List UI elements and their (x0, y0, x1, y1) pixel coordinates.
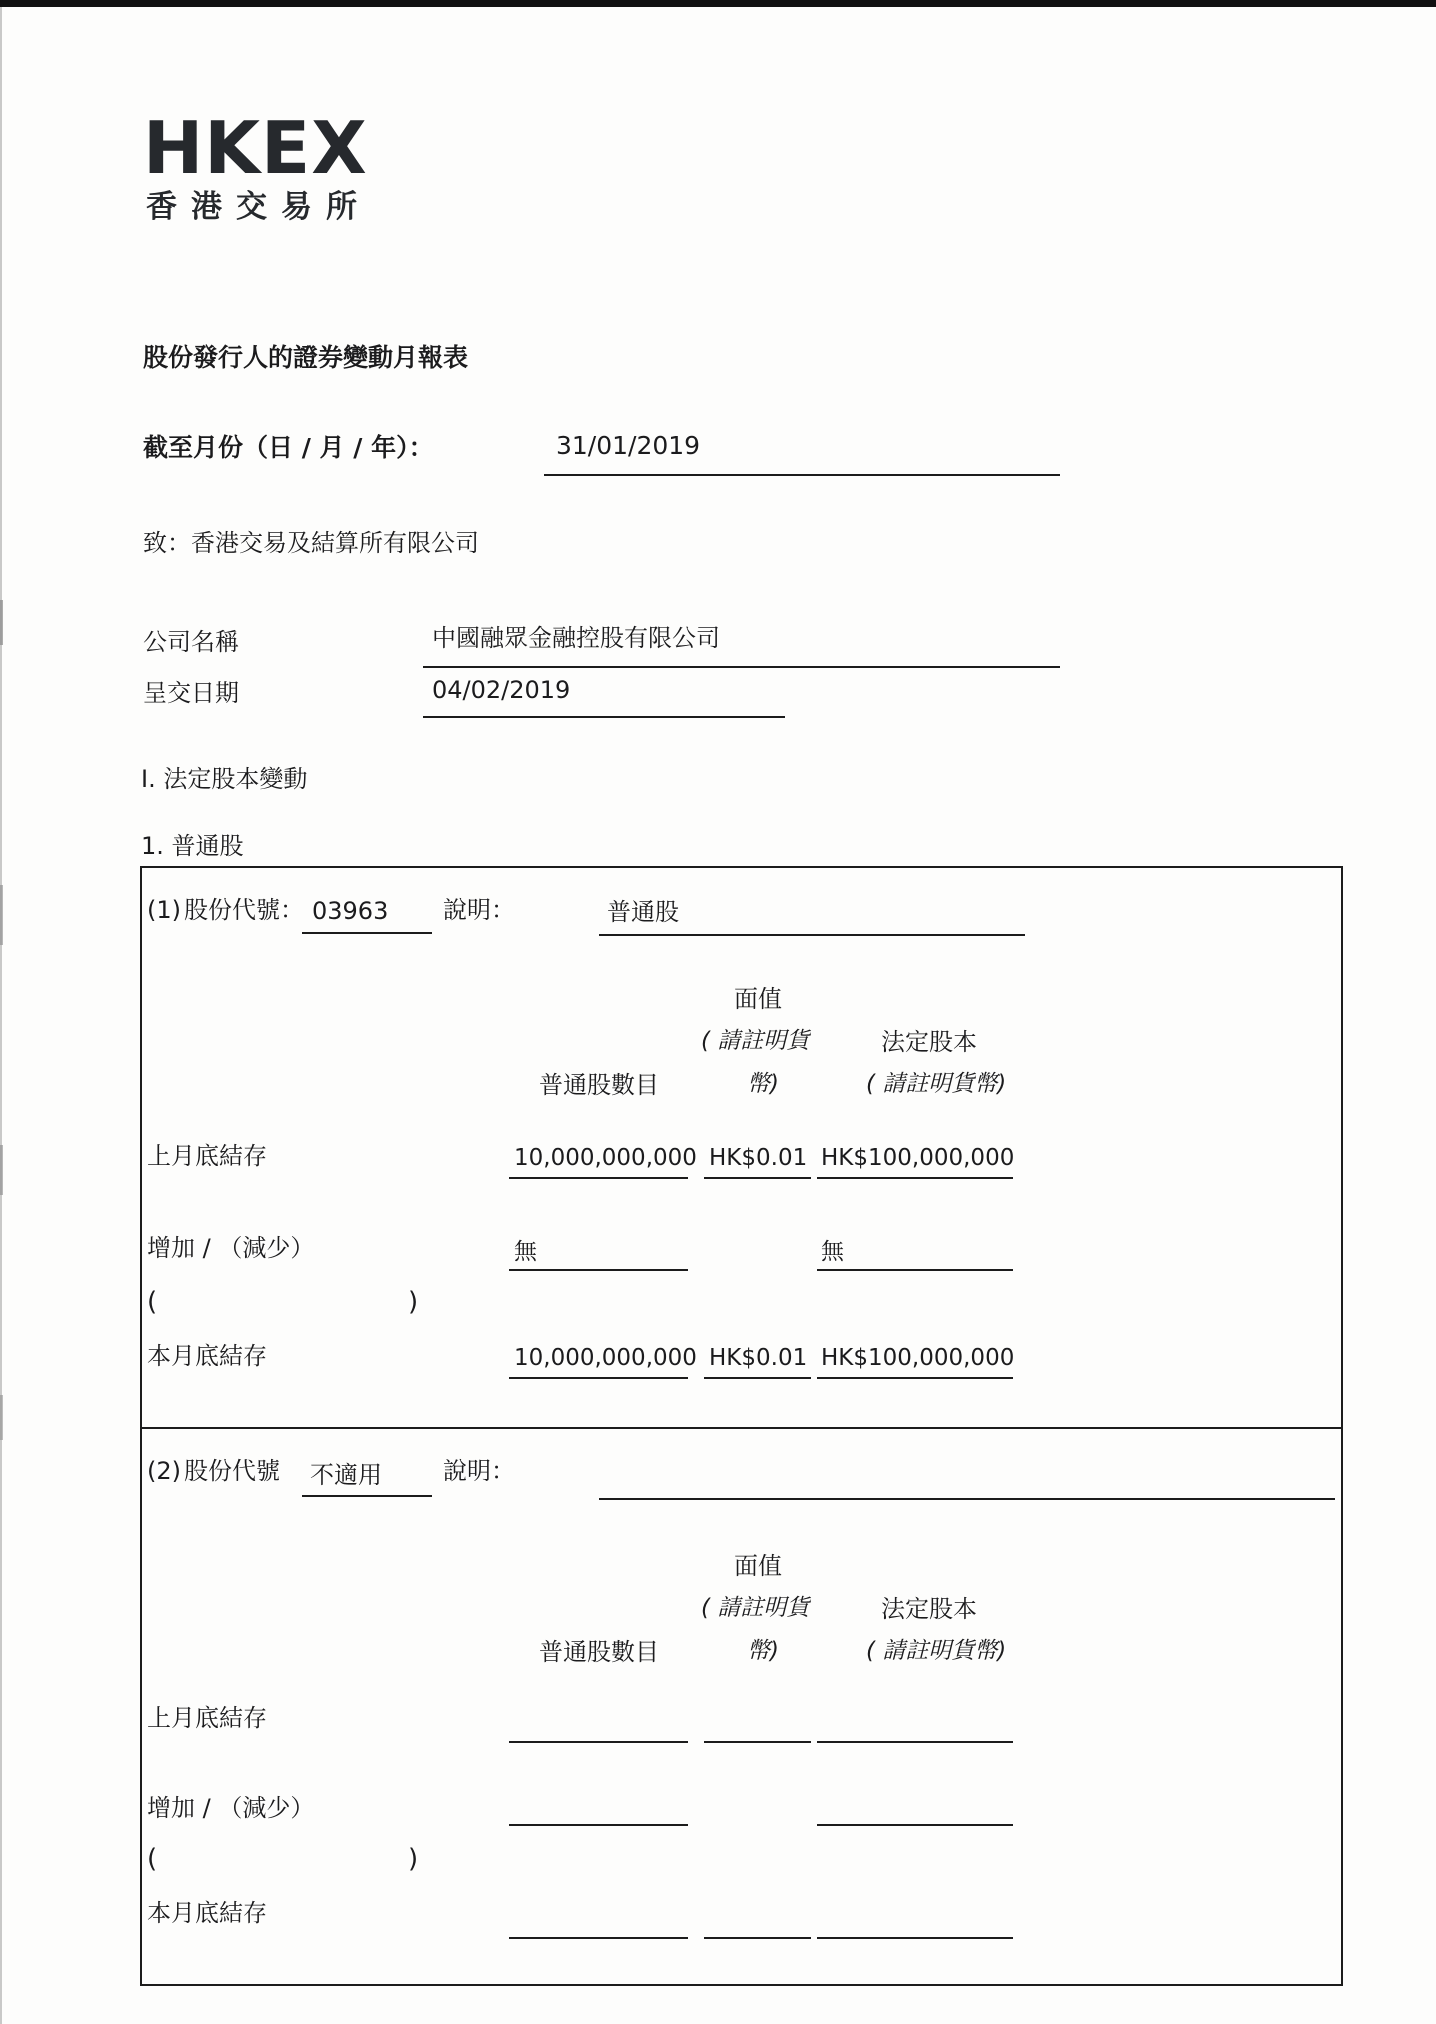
block2-header-ordinary-shares: 普通股數目 (539, 1637, 659, 1667)
block1-curr-shares-underline (509, 1377, 688, 1379)
block2-curr-capital-underline (817, 1937, 1013, 1939)
submission-date-label: 呈交日期 (143, 678, 239, 708)
scan-left-smudge (0, 1395, 3, 1440)
month-end-label: 截至月份（日 / 月 / 年）： (143, 432, 434, 463)
block1-prev-capital: HK$100,000,000 (821, 1144, 1014, 1173)
month-end-value: 31/01/2019 (556, 430, 700, 461)
block1-stock-code-label: 股份代號： (184, 895, 304, 925)
block1-header-par-value-note-line1: ( 請註明貨 (701, 1027, 809, 1056)
block1-header-par-value-note-line2: 幣) (747, 1070, 779, 1099)
block2-prefix: (2) (147, 1456, 181, 1486)
block2-description-label: 說明： (443, 1456, 515, 1486)
company-name-underline (423, 666, 1060, 668)
block2-prev-balance-label: 上月底結存 (147, 1703, 267, 1733)
block2-prev-shares-underline (509, 1741, 688, 1743)
block2-prev-par-underline (704, 1741, 811, 1743)
block2-description-underline (599, 1498, 1335, 1500)
block2-curr-par-underline (704, 1937, 811, 1939)
block2-header-authorised-capital-note: ( 請註明貨幣) (866, 1637, 1006, 1666)
block1-prev-shares-underline (509, 1177, 688, 1179)
block1-prev-par-underline (704, 1177, 811, 1179)
company-name-label: 公司名稱 (143, 627, 239, 657)
block2-stock-code-underline (302, 1495, 432, 1497)
block1-paren-open: ( (147, 1286, 157, 1319)
block1-prefix: (1) (147, 895, 181, 925)
block1-stock-code-underline (302, 932, 432, 934)
scan-left-smudge (0, 885, 3, 945)
block2-header-authorised-capital: 法定股本 (881, 1594, 977, 1624)
month-end-underline (544, 474, 1060, 476)
block1-curr-par: HK$0.01 (709, 1344, 807, 1373)
block2-stock-code-value: 不適用 (310, 1460, 382, 1490)
block1-curr-balance-label: 本月底結存 (147, 1341, 267, 1371)
addressee-line: 致：香港交易及結算所有限公司 (143, 528, 479, 558)
company-name-value: 中國融眾金融控股有限公司 (432, 623, 720, 653)
block1-change-capital: 無 (821, 1238, 844, 1267)
block1-stock-code-value: 03963 (312, 896, 388, 926)
block2-stock-code-label: 股份代號 (184, 1456, 280, 1486)
block2-header-par-value-note-line2: 幣) (747, 1637, 779, 1666)
form-title: 股份發行人的證券變動月報表 (143, 342, 468, 373)
block1-header-authorised-capital-note: ( 請註明貨幣) (866, 1070, 1006, 1099)
scan-left-smudge (0, 600, 3, 645)
block1-description-underline (599, 934, 1025, 936)
section-item-1-heading: 1. 普通股 (141, 831, 244, 861)
scan-left-edge-artifact (0, 7, 2, 2024)
block2-change-shares-underline (509, 1824, 688, 1826)
block1-prev-balance-label: 上月底結存 (147, 1141, 267, 1171)
block1-curr-shares: 10,000,000,000 (514, 1344, 697, 1373)
block2-paren-open: ( (147, 1843, 157, 1876)
submission-date-underline (423, 716, 785, 718)
block1-header-authorised-capital: 法定股本 (881, 1027, 977, 1057)
hkex-logo: HKEX (143, 112, 368, 184)
block1-change-label: 增加 / （減少） (147, 1233, 314, 1263)
scan-top-edge-artifact (0, 0, 1436, 7)
scanned-form-page: HKEX 香港交易所 股份發行人的證券變動月報表 截至月份（日 / 月 / 年）… (0, 0, 1436, 2024)
block1-paren-close: ) (408, 1286, 418, 1319)
block2-change-label: 增加 / （減少） (147, 1793, 314, 1823)
block1-curr-capital-underline (817, 1377, 1013, 1379)
block2-curr-shares-underline (509, 1937, 688, 1939)
block1-change-shares-underline (509, 1269, 688, 1271)
block2-curr-balance-label: 本月底結存 (147, 1898, 267, 1928)
block2-change-capital-underline (817, 1824, 1013, 1826)
section-part-i-heading: I. 法定股本變動 (141, 764, 307, 794)
block1-prev-shares: 10,000,000,000 (514, 1144, 697, 1173)
block1-change-capital-underline (817, 1269, 1013, 1271)
block2-prev-capital-underline (817, 1741, 1013, 1743)
block1-curr-capital: HK$100,000,000 (821, 1344, 1014, 1373)
block1-curr-par-underline (704, 1377, 811, 1379)
block1-prev-capital-underline (817, 1177, 1013, 1179)
block2-paren-close: ) (408, 1843, 418, 1876)
block1-prev-par: HK$0.01 (709, 1144, 807, 1173)
block1-change-shares: 無 (514, 1238, 537, 1267)
block1-header-par-value: 面值 (734, 984, 782, 1014)
table-section-divider (140, 1427, 1343, 1429)
hkex-logo-chinese: 香港交易所 (146, 192, 371, 223)
block1-description-label: 說明： (443, 895, 515, 925)
block2-header-par-value-note-line1: ( 請註明貨 (701, 1594, 809, 1623)
block1-description-value: 普通股 (607, 897, 679, 927)
submission-date-value: 04/02/2019 (432, 675, 570, 705)
block2-header-par-value: 面值 (734, 1551, 782, 1581)
block1-header-ordinary-shares: 普通股數目 (539, 1070, 659, 1100)
scan-left-smudge (0, 1145, 3, 1195)
